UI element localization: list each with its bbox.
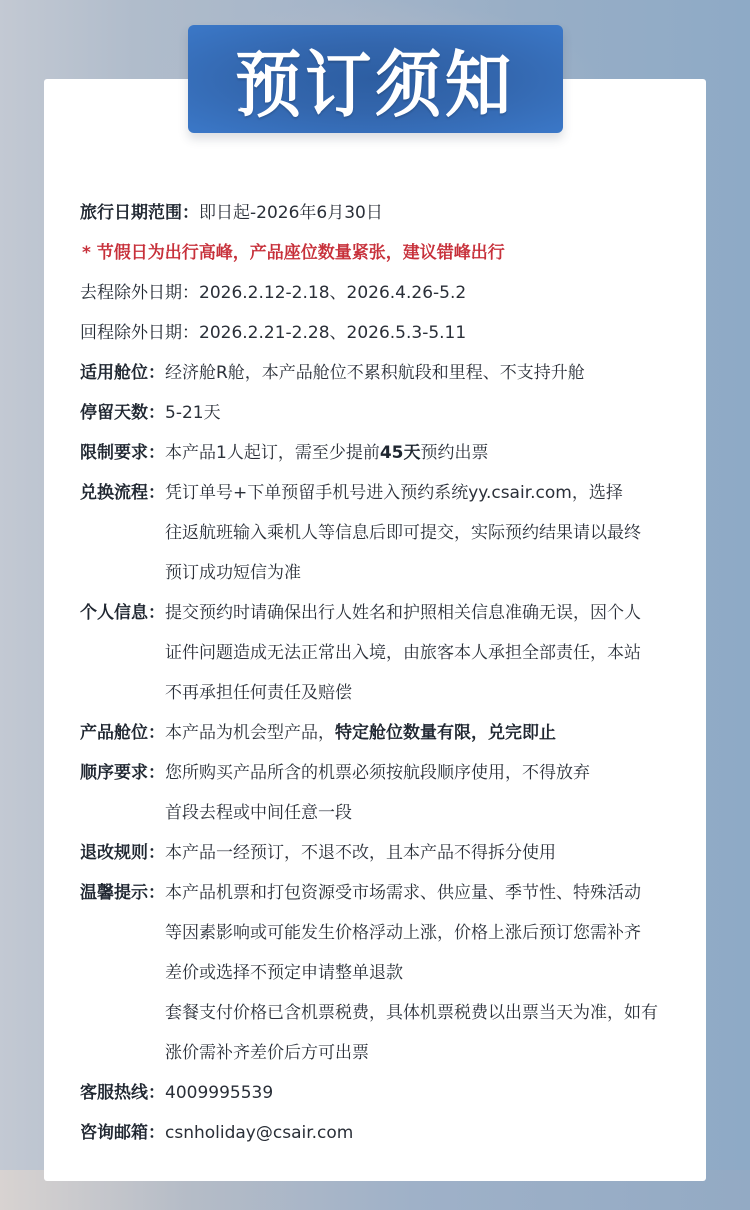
restrictions-text: 本产品1人起订，需至少提前: [165, 443, 380, 463]
restrictions-label: 限制要求：: [80, 433, 165, 473]
tips-line: 套餐支付价格已含机票税费，具体机票税费以出票当天为准，如有: [165, 993, 700, 1033]
personal-info-row: 个人信息： 提交预约时请确保出行人姓名和护照相关信息准确无误，因个人 证件问题造…: [80, 593, 700, 713]
travel-range-row: 旅行日期范围： 即日起-2026年6月30日: [80, 193, 700, 233]
cabin-class-label: 适用舱位：: [80, 353, 165, 393]
hotline-label: 客服热线：: [80, 1073, 165, 1113]
refund-rules-row: 退改规则： 本产品一经预订，不退不改，且本产品不得拆分使用: [80, 833, 700, 873]
product-cabin-emphasis: 特定舱位数量有限，兑完即止: [335, 723, 556, 743]
redeem-line: 凭订单号+下单预留手机号进入预约系统yy.csair.com，选择: [165, 473, 700, 513]
title-badge: 预订须知: [188, 25, 563, 133]
sequence-line: 首段去程或中间任意一段: [165, 793, 700, 833]
product-cabin-label: 产品舱位：: [80, 713, 165, 753]
tips-label: 温馨提示：: [80, 873, 165, 1073]
advance-days: 45天: [380, 443, 421, 463]
cabin-class-value: 经济舱R舱，本产品舱位不累积航段和里程、不支持升舱: [165, 353, 700, 393]
redeem-process-value: 凭订单号+下单预留手机号进入预约系统yy.csair.com，选择 往返航班输入…: [165, 473, 700, 593]
redeem-line: 预订成功短信为准: [165, 553, 700, 593]
tips-line: 差价或选择不预定申请整单退款: [165, 953, 700, 993]
stay-days-row: 停留天数： 5-21天: [80, 393, 700, 433]
sequence-row: 顺序要求： 您所购买产品所含的机票必须按航段顺序使用，不得放弃 首段去程或中间任…: [80, 753, 700, 833]
email-label: 咨询邮箱：: [80, 1113, 165, 1153]
sequence-line: 您所购买产品所含的机票必须按航段顺序使用，不得放弃: [165, 753, 700, 793]
travel-range-label: 旅行日期范围：: [80, 193, 199, 233]
holiday-warning: * 节假日为出行高峰，产品座位数量紧张，建议错峰出行: [80, 233, 700, 273]
personal-info-value: 提交预约时请确保出行人姓名和护照相关信息准确无误，因个人 证件问题造成无法正常出…: [165, 593, 700, 713]
page-title: 预订须知: [236, 27, 516, 131]
hotline-number[interactable]: 4009995539: [165, 1073, 700, 1113]
outbound-excluded-value: 2026.2.12-2.18、2026.4.26-5.2: [199, 273, 700, 313]
cabin-class-row: 适用舱位： 经济舱R舱，本产品舱位不累积航段和里程、不支持升舱: [80, 353, 700, 393]
email-address[interactable]: csnholiday@csair.com: [165, 1113, 700, 1153]
redeem-line: 往返航班输入乘机人等信息后即可提交，实际预约结果请以最终: [165, 513, 700, 553]
restrictions-row: 限制要求： 本产品1人起订，需至少提前45天预约出票: [80, 433, 700, 473]
personal-info-line: 不再承担任何责任及赔偿: [165, 673, 700, 713]
return-excluded-row: 回程除外日期： 2026.2.21-2.28、2026.5.3-5.11: [80, 313, 700, 353]
personal-info-line: 提交预约时请确保出行人姓名和护照相关信息准确无误，因个人: [165, 593, 700, 633]
product-cabin-value: 本产品为机会型产品，特定舱位数量有限，兑完即止: [165, 713, 700, 753]
personal-info-line: 证件问题造成无法正常出入境，由旅客本人承担全部责任，本站: [165, 633, 700, 673]
refund-rules-label: 退改规则：: [80, 833, 165, 873]
email-row: 咨询邮箱： csnholiday@csair.com: [80, 1113, 700, 1153]
sequence-label: 顺序要求：: [80, 753, 165, 833]
return-excluded-label: 回程除外日期：: [80, 313, 199, 353]
tips-row: 温馨提示： 本产品机票和打包资源受市场需求、供应量、季节性、特殊活动 等因素影响…: [80, 873, 700, 1073]
hotline-row: 客服热线： 4009995539: [80, 1073, 700, 1113]
outbound-excluded-row: 去程除外日期： 2026.2.12-2.18、2026.4.26-5.2: [80, 273, 700, 313]
tips-line: 本产品机票和打包资源受市场需求、供应量、季节性、特殊活动: [165, 873, 700, 913]
restrictions-text-end: 预约出票: [421, 443, 489, 463]
tips-line: 涨价需补齐差价后方可出票: [165, 1033, 700, 1073]
travel-range-value: 即日起-2026年6月30日: [199, 193, 700, 233]
tips-line: 等因素影响或可能发生价格浮动上涨，价格上涨后预订您需补齐: [165, 913, 700, 953]
outbound-excluded-label: 去程除外日期：: [80, 273, 199, 313]
product-cabin-row: 产品舱位： 本产品为机会型产品，特定舱位数量有限，兑完即止: [80, 713, 700, 753]
tips-value: 本产品机票和打包资源受市场需求、供应量、季节性、特殊活动 等因素影响或可能发生价…: [165, 873, 700, 1073]
refund-rules-value: 本产品一经预订，不退不改，且本产品不得拆分使用: [165, 833, 700, 873]
personal-info-label: 个人信息：: [80, 593, 165, 713]
restrictions-value: 本产品1人起订，需至少提前45天预约出票: [165, 433, 700, 473]
product-cabin-text: 本产品为机会型产品，: [165, 723, 335, 743]
notice-content: 旅行日期范围： 即日起-2026年6月30日 * 节假日为出行高峰，产品座位数量…: [80, 193, 700, 1153]
stay-days-label: 停留天数：: [80, 393, 165, 433]
redeem-process-label: 兑换流程：: [80, 473, 165, 593]
return-excluded-value: 2026.2.21-2.28、2026.5.3-5.11: [199, 313, 700, 353]
redeem-process-row: 兑换流程： 凭订单号+下单预留手机号进入预约系统yy.csair.com，选择 …: [80, 473, 700, 593]
sequence-value: 您所购买产品所含的机票必须按航段顺序使用，不得放弃 首段去程或中间任意一段: [165, 753, 700, 833]
stay-days-value: 5-21天: [165, 393, 700, 433]
